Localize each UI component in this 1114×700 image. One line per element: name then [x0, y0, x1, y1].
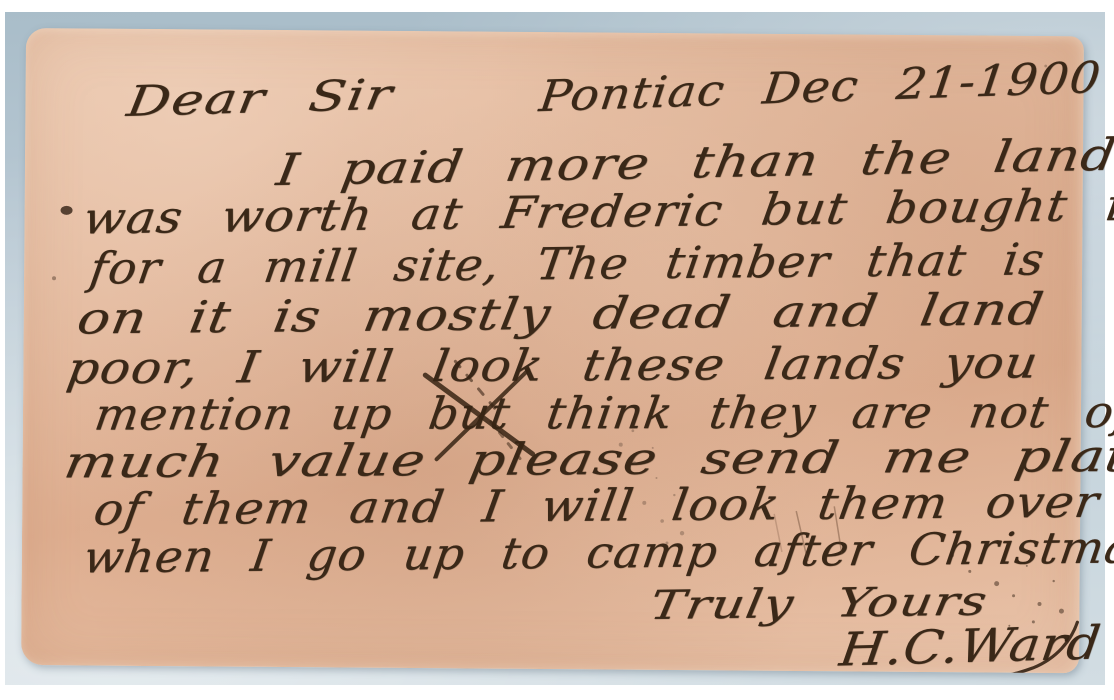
salutation: Dear Sir	[124, 74, 396, 123]
ink-spot	[52, 206, 73, 281]
signature: H.C.Ward	[837, 619, 1104, 672]
body-line-4: on it is mostly dead and land	[74, 288, 1047, 341]
dateline: Pontiac Dec 21-1900	[537, 57, 1103, 119]
body-line-3: for a mill site, The timber that is	[87, 238, 1047, 291]
body-line-5: poor, I will look these lands you	[64, 341, 1041, 391]
body-line-9: when I go up to camp after Christmas	[81, 526, 1114, 580]
body-line-6: mention up but think they are not of	[92, 391, 1114, 438]
body-line-2: was worth at Frederic but bought it	[80, 184, 1114, 242]
photo-frame: Dear Sir Pontiac Dec 21-1900 I paid more…	[0, 0, 1114, 700]
postcard: Dear Sir Pontiac Dec 21-1900 I paid more…	[21, 28, 1084, 673]
